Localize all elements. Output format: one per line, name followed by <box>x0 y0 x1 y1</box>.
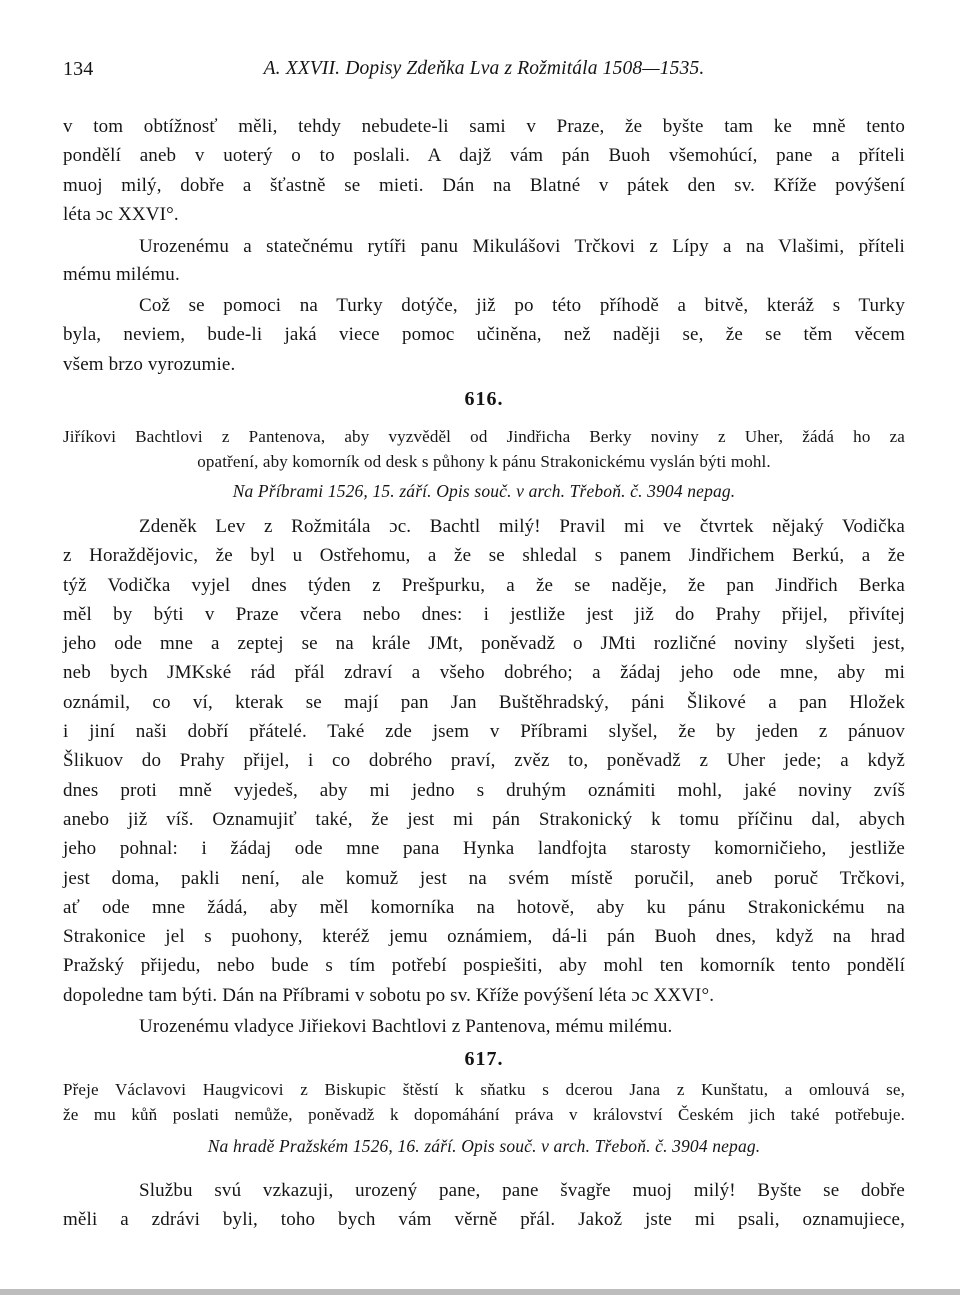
letter-number-617: 617. <box>63 1048 905 1071</box>
text-line: i jiní naši dobří přátelé. Také zde jsem… <box>63 717 905 746</box>
text-line: ať ode mne žádá, aby měl komorníka na ho… <box>63 893 905 922</box>
text-line: Pražský přijedu, nebo bude s tím potřebí… <box>63 951 905 980</box>
text-line: měli a zdrávi byli, toho bych vám věrně … <box>63 1205 905 1234</box>
source-line-617: Na hradě Pražském 1526, 16. září. Opis s… <box>63 1136 905 1157</box>
text-line: Přeje Václavovi Haugvicovi z Biskupic št… <box>63 1077 905 1102</box>
text-line: neb bych JMKské rád přál zdraví a všeho … <box>63 658 905 687</box>
text-line: jest doma, pakli není, ale komuž jest na… <box>63 864 905 893</box>
text-line: jeho pohnal: i žádaj ode mne pana Hynka … <box>63 834 905 863</box>
text-line: Což se pomoci na Turky dotýče, již po té… <box>63 291 905 320</box>
paragraph-letter615-postscript: Což se pomoci na Turky dotýče, již po té… <box>63 291 905 379</box>
text-line: všem brzo vyrozumie. <box>63 350 905 379</box>
text-line: Službu svú vzkazuji, urozený pane, pane … <box>63 1176 905 1205</box>
text-line: týž Vodička vyjel dnes týden z Prešpurku… <box>63 571 905 600</box>
text-line: léta ɔc XXVI°. <box>63 200 905 229</box>
text-line: že mu kůň poslati nemůže, poněvadž k dop… <box>63 1102 905 1127</box>
text-line: z Horaždějovic, že byl u Ostřehomu, a že… <box>63 541 905 570</box>
scan-bottom-edge <box>0 1289 960 1295</box>
page-header: 134 A. XXVII. Dopisy Zdeňka Lva z Rožmit… <box>63 58 905 84</box>
paragraph-letter617-body-start: Službu svú vzkazuji, urozený pane, pane … <box>63 1176 905 1235</box>
text-line: anebo již víš. Oznamujiť také, že jest m… <box>63 805 905 834</box>
summary-letter616: Jiříkovi Bachtlovi z Pantenova, aby vyzv… <box>63 424 905 474</box>
text-line: Jiříkovi Bachtlovi z Pantenova, aby vyzv… <box>63 424 905 449</box>
paragraph-letter616-body: Zdeněk Lev z Rožmitála ɔc. Bachtl milý! … <box>63 512 905 1010</box>
address-letter616: Urozenému vladyce Jiřiekovi Bachtlovi z … <box>63 1012 905 1041</box>
text-line: dopoledne tam býti. Dán na Příbrami v so… <box>63 981 905 1010</box>
source-line-616: Na Příbrami 1526, 15. září. Opis souč. v… <box>63 481 905 502</box>
text-line: v tom obtížnosť měli, tehdy nebudete-li … <box>63 112 905 141</box>
text-line: byla, neviem, bude-li jaká viece pomoc u… <box>63 320 905 349</box>
text-line: Strakonice jel s puohony, kteréž jemu oz… <box>63 922 905 951</box>
book-page: 134 A. XXVII. Dopisy Zdeňka Lva z Rožmit… <box>0 0 960 1295</box>
text-line: muoj milý, dobře a šťastně se mieti. Dán… <box>63 171 905 200</box>
text-line: oznámil, co ví, kterak se mají pan Jan B… <box>63 688 905 717</box>
text-line: měl by býti v Praze včera nebo dnes: i j… <box>63 600 905 629</box>
text-line: jeho ode mne a zeptej se na krále JMt, p… <box>63 629 905 658</box>
text-line: dnes proti mně vyjedeš, aby mi jedno s d… <box>63 776 905 805</box>
running-title: A. XXVII. Dopisy Zdeňka Lva z Rožmitála … <box>63 58 905 80</box>
text-line: opatření, aby komorník od desk s půhony … <box>63 449 905 474</box>
address-letter615: Urozenému a statečnému rytíři panu Mikul… <box>63 233 905 289</box>
text-line: Zdeněk Lev z Rožmitála ɔc. Bachtl milý! … <box>63 512 905 541</box>
paragraph-letter615-continuation: v tom obtížnosť měli, tehdy nebudete-li … <box>63 112 905 229</box>
text-line: Urozenému a statečnému rytíři panu Mikul… <box>63 233 905 261</box>
summary-letter617: Přeje Václavovi Haugvicovi z Biskupic št… <box>63 1077 905 1127</box>
text-line: Šlikuov do Prahy přijel, i co dobrého pr… <box>63 746 905 775</box>
text-line: mému milému. <box>63 261 905 289</box>
text-line: pondělí aneb v uoterý o to poslali. A da… <box>63 141 905 170</box>
letter-number-616: 616. <box>63 388 905 411</box>
